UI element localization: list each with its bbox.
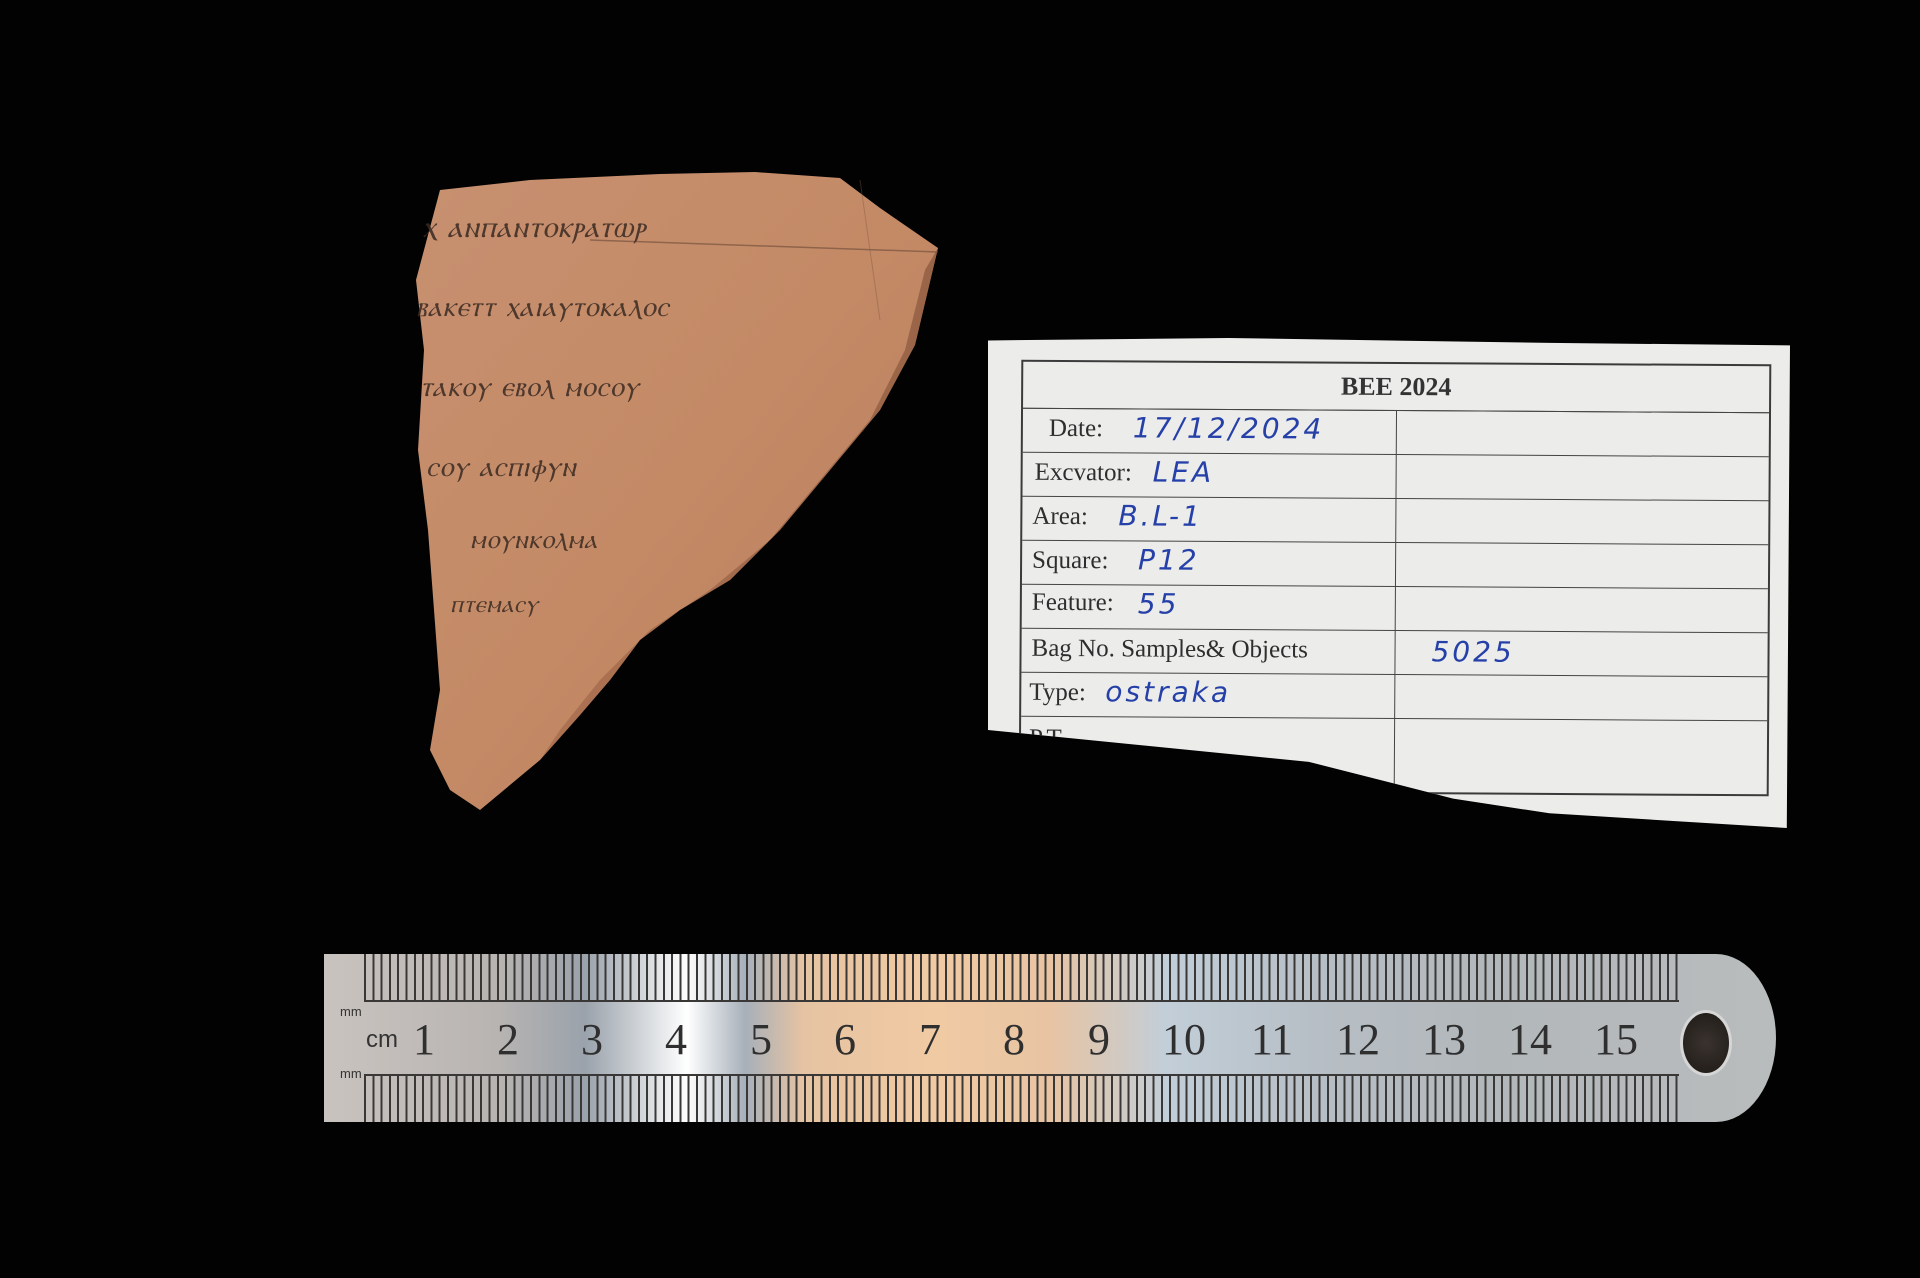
ruler-number-10: 10 — [1162, 1014, 1206, 1065]
ruler-ticks-bottom — [364, 1076, 1679, 1122]
ruler-number-3: 3 — [581, 1014, 603, 1065]
column-divider — [1394, 410, 1397, 792]
ink-line-6: ⲡⲧⲉⲙⲁⲥⲩ — [450, 590, 539, 618]
ruler-number-9: 9 — [1088, 1014, 1110, 1065]
pt-label: P.T. — [1029, 725, 1066, 753]
ruler-ticks-top — [364, 954, 1679, 1000]
ruler-number-7: 7 — [919, 1014, 941, 1065]
ostracon-fragment: ⲭ ⲁⲛⲡⲁⲛⲧⲟⲕⲣⲁⲧⲱⲣ ⲃⲁⲕⲉⲧⲧ ⲭⲁⲓⲁⲩⲧⲟⲕⲁⲗⲟⲥ ⲧⲁⲕⲟ… — [410, 170, 950, 810]
ruler-number-14: 14 — [1508, 1014, 1552, 1065]
ruler-number-6: 6 — [834, 1014, 856, 1065]
steel-ruler: mm mm cm 1 2 3 4 5 6 7 8 9 10 11 12 13 1… — [324, 954, 1776, 1122]
ruler-number-4: 4 — [665, 1014, 687, 1065]
area-label: Area: — [1032, 503, 1088, 531]
feature-label: Feature: — [1032, 589, 1114, 617]
ruler-number-15: 15 — [1594, 1014, 1638, 1065]
excavator-value: LEA — [1153, 456, 1215, 489]
type-value: ostraka — [1105, 675, 1231, 709]
ruler-number-2: 2 — [497, 1014, 519, 1065]
ruler-number-8: 8 — [1003, 1014, 1025, 1065]
excavator-label: Excvator: — [1035, 459, 1132, 488]
bag-no-label: Bag No. Samples& Objects — [1031, 635, 1308, 665]
label-title: BEE 2024 — [1023, 370, 1769, 405]
ink-line-2: ⲃⲁⲕⲉⲧⲧ ⲭⲁⲓⲁⲩⲧⲟⲕⲁⲗⲟⲥ — [416, 290, 669, 324]
square-value: P12 — [1138, 543, 1200, 576]
ink-line-3: ⲧⲁⲕⲟⲩ ⲉⲃⲟⲗ ⲙⲟⲥⲟⲩ — [420, 370, 639, 404]
ruler-number-5: 5 — [750, 1014, 772, 1065]
ink-line-1: ⲭ ⲁⲛⲡⲁⲛⲧⲟⲕⲣⲁⲧⲱⲣ — [422, 210, 646, 245]
date-label: Date: — [1049, 415, 1103, 443]
area-value: B.L-1 — [1118, 499, 1203, 533]
ruler-number-1: 1 — [413, 1014, 435, 1065]
find-label-card: BEE 2024 Date: 17/12/2024 Excvator: LEA … — [988, 338, 1790, 828]
ruler-number-13: 13 — [1422, 1014, 1466, 1065]
ruler-unit-cm: cm — [366, 1026, 398, 1054]
ruler-number-12: 12 — [1336, 1014, 1380, 1065]
feature-value: 55 — [1138, 587, 1180, 620]
ink-line-5: ⲙⲟⲩⲛⲕⲟⲗⲙⲁ — [470, 525, 598, 556]
bag-no-value: 5025 — [1431, 635, 1514, 669]
ink-line-4: ⲥⲟⲩ ⲁⲥⲡⲓⲫⲩⲛ — [426, 450, 576, 484]
label-table: BEE 2024 Date: 17/12/2024 Excvator: LEA … — [1019, 360, 1772, 797]
square-label: Square: — [1032, 547, 1109, 575]
type-label: Type: — [1029, 679, 1086, 707]
ruler-baseline-bottom — [364, 1074, 1679, 1076]
ruler-unit-mm-bottom: mm — [340, 1066, 362, 1081]
ruler-unit-mm-top: mm — [340, 1004, 362, 1019]
ruler-baseline-top — [364, 1000, 1679, 1002]
ruler-number-11: 11 — [1251, 1014, 1293, 1065]
date-value: 17/12/2024 — [1133, 411, 1325, 445]
ostracon-shape — [410, 170, 950, 810]
ruler-hanging-hole — [1680, 1010, 1732, 1076]
